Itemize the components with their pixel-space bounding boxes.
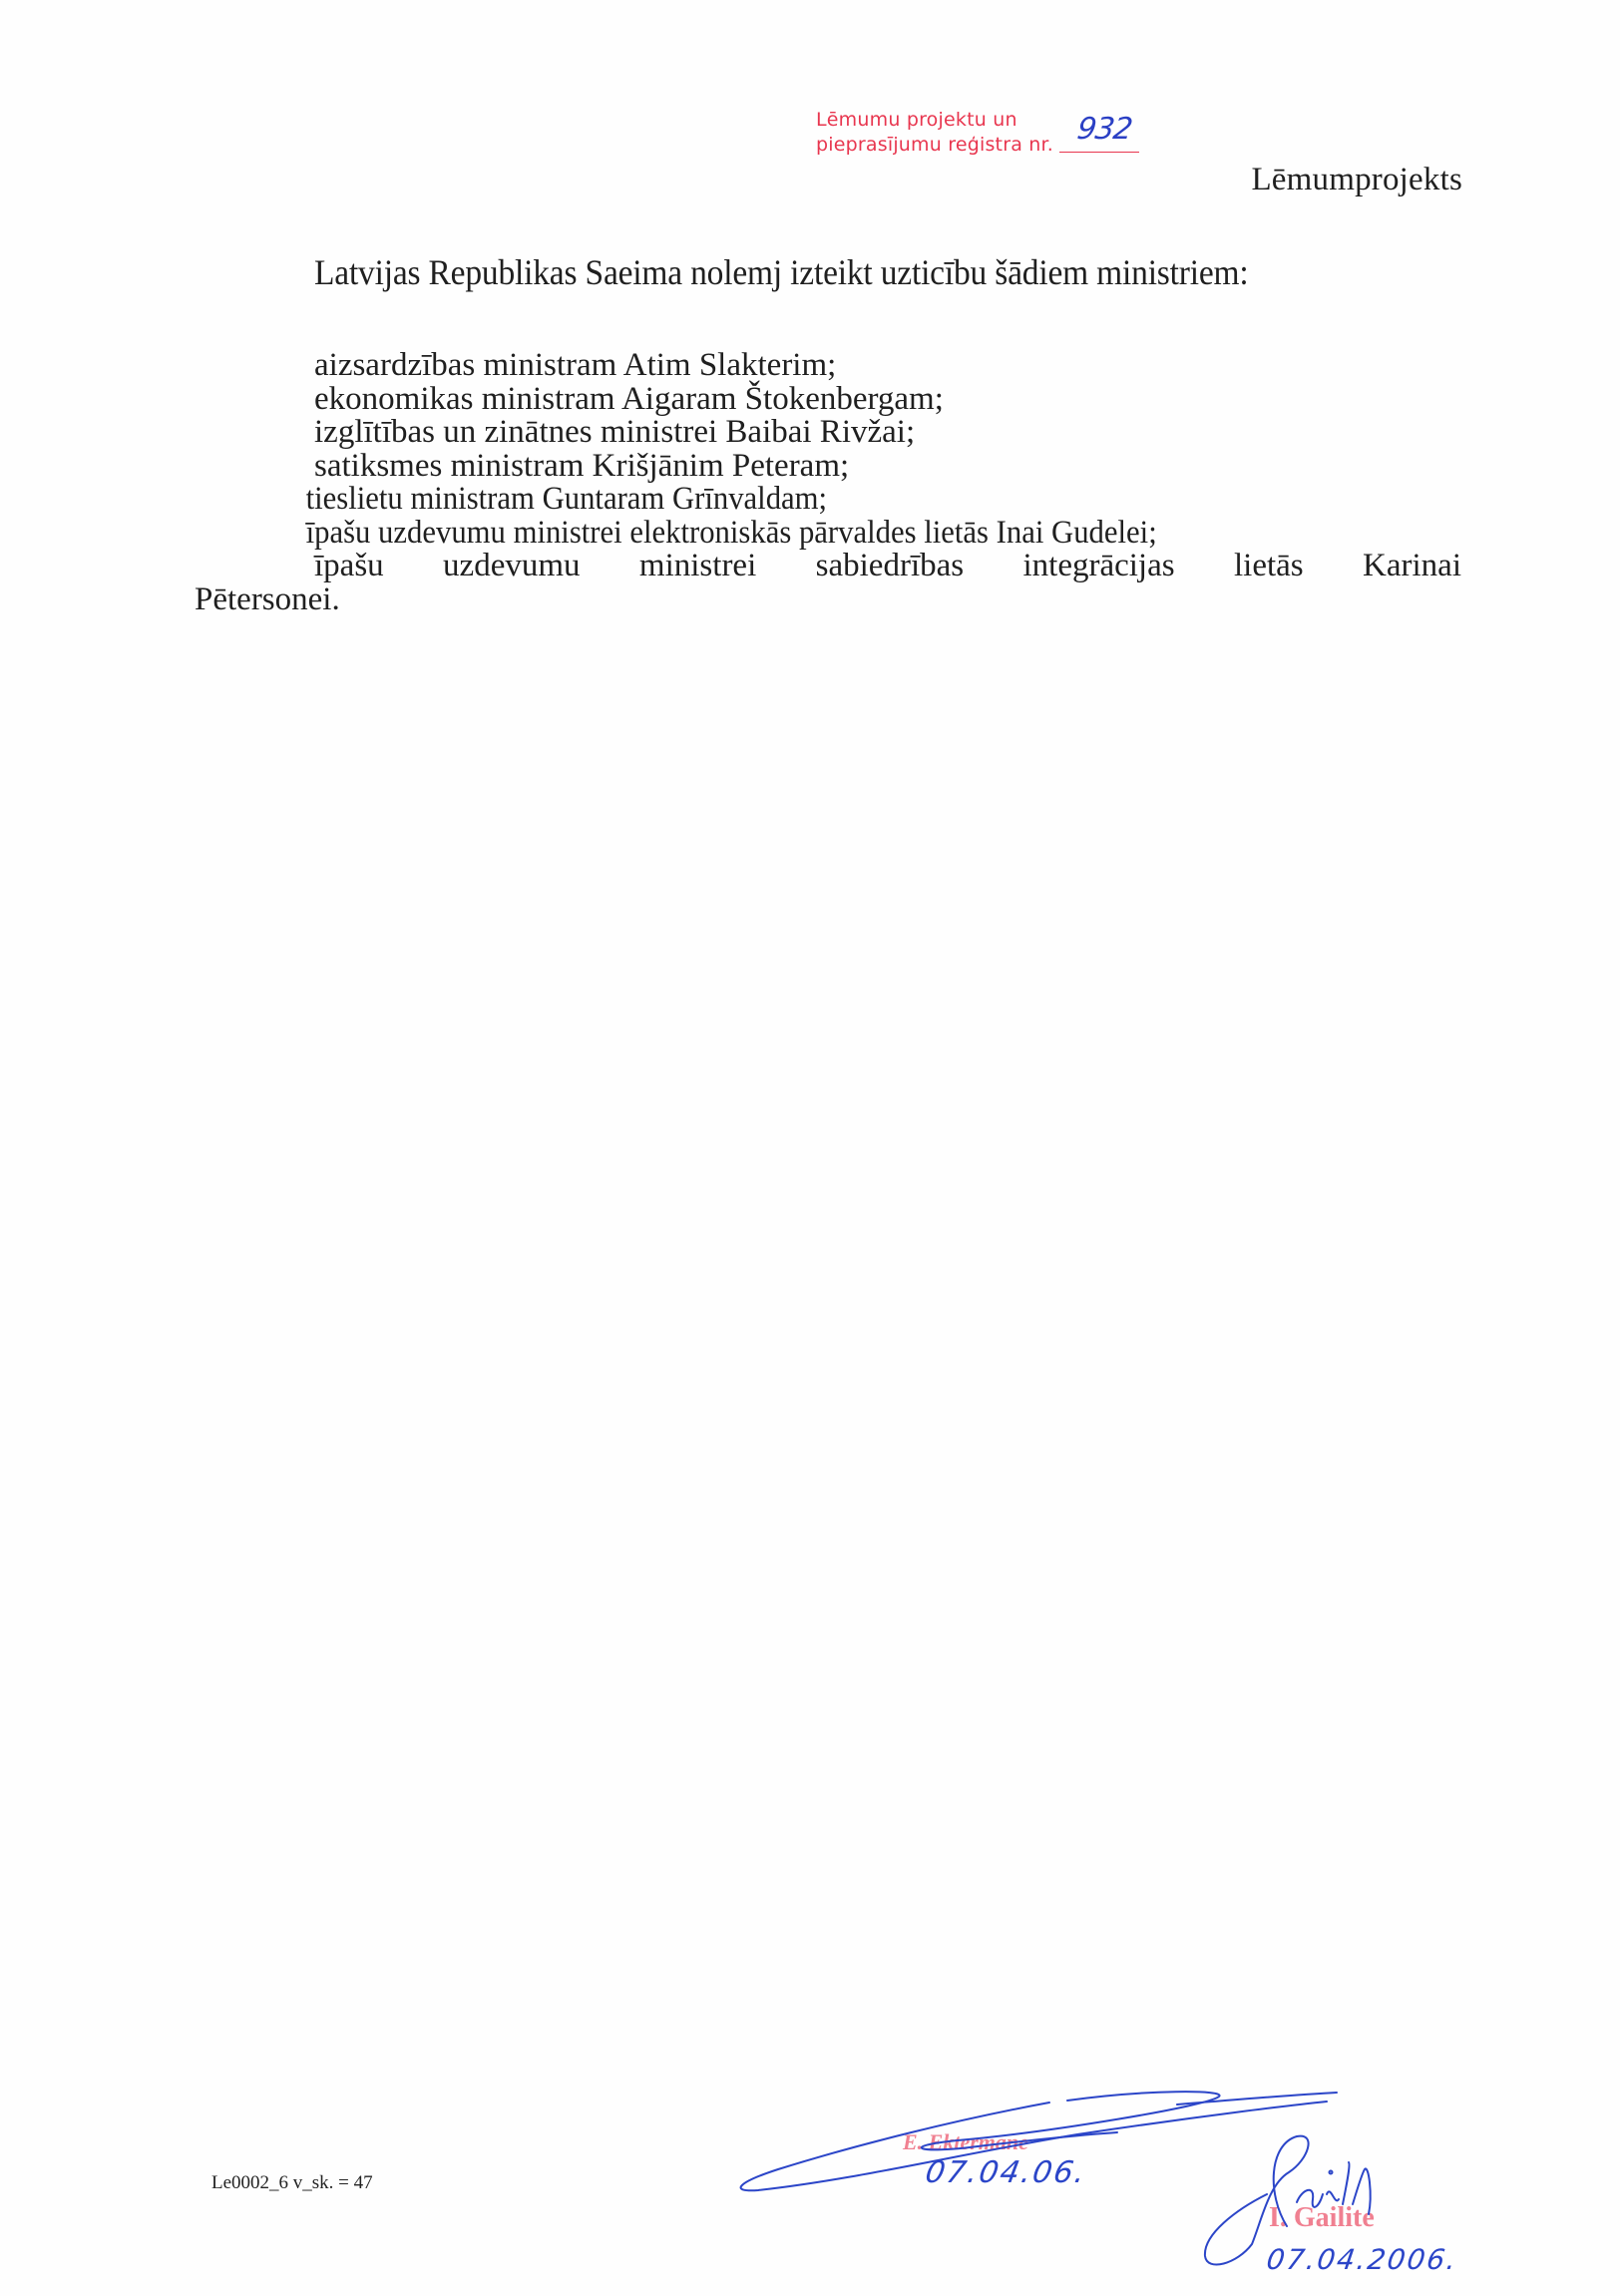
list-item: izglītības un zinātnes ministrei Baibai …	[195, 416, 1461, 450]
list-item: satiksmes ministram Krišjānim Peteram;	[195, 450, 1461, 484]
registry-number: 932	[1075, 118, 1133, 142]
minister-list: aizsardzības ministram Atim Slakterim; e…	[195, 349, 1461, 616]
list-item-continuation: Pētersonei.	[195, 583, 1461, 617]
handwritten-signatures	[0, 0, 1620, 2296]
list-item: aizsardzības ministram Atim Slakterim;	[195, 349, 1461, 383]
footer-code: Le0002_6 v_sk. = 47	[211, 2172, 373, 2194]
list-item: tieslietu ministram Guntaram Grīnvaldam;	[195, 483, 1373, 517]
signature-stamp-gailite: I. Gailite	[1269, 2202, 1375, 2234]
registry-stamp: Lēmumu projektu un pieprasījumu reģistra…	[816, 108, 1139, 157]
list-item: ekonomikas ministram Aigaram Štokenberga…	[195, 383, 1461, 417]
registry-number-field: 932	[1059, 132, 1139, 153]
intro-paragraph: Latvijas Republikas Saeima nolemj izteik…	[314, 251, 1248, 293]
registry-stamp-line2: pieprasījumu reģistra nr.	[816, 133, 1053, 157]
document-label: Lēmumprojekts	[1251, 162, 1462, 198]
handwritten-date-ektermane: 07.04.06.	[923, 2155, 1089, 2190]
document-page: Lēmumu projektu un pieprasījumu reģistra…	[0, 0, 1620, 2296]
signature-stamp-ektermane: E. Ektermane	[903, 2129, 1028, 2155]
list-item: īpašu uzdevumu ministrei elektroniskās p…	[195, 517, 1373, 551]
list-item: īpašu uzdevumu ministrei sabiedrības int…	[195, 550, 1461, 583]
handwritten-date-gailite: 07.04.2006.	[1265, 2243, 1460, 2276]
